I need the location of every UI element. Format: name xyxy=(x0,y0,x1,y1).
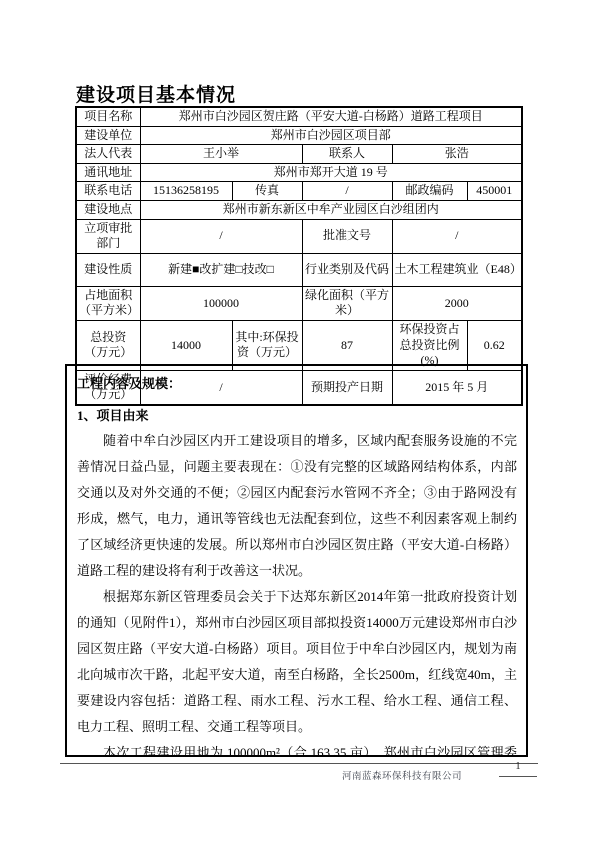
field-value: 王小举 xyxy=(140,145,302,164)
row-investment: 总投资（万元） 14000 其中:环保投资（万元） 87 环保投资占总投资比例(… xyxy=(76,320,522,370)
field-label: 绿化面积（平方米） xyxy=(302,286,392,320)
field-label: 邮政编码 xyxy=(392,182,467,201)
field-value: 张浩 xyxy=(392,145,522,164)
footer-company: 河南蓝森环保科技有限公司 xyxy=(342,772,462,782)
page-number: 1 xyxy=(499,761,537,777)
row-project-name: 项目名称 郑州市白沙园区贺庄路（平安大道-白杨路）道路工程项目 xyxy=(76,107,522,126)
body-paragraph: 本次工程建设用地为 100000m²（合 163.35 亩），郑州市白沙园区管理… xyxy=(77,740,517,757)
page-title: 建设项目基本情况 xyxy=(76,80,236,107)
section-title: 工程内容及规模： xyxy=(77,373,517,392)
field-value: 土木工程建筑业（E48） xyxy=(392,253,522,286)
field-value: / xyxy=(392,219,522,253)
field-value: 100000 xyxy=(140,286,302,320)
project-info-table: 项目名称 郑州市白沙园区贺庄路（平安大道-白杨路）道路工程项目 建设单位 郑州市… xyxy=(75,106,523,406)
sub-heading: 1、项目由来 xyxy=(77,405,517,424)
field-label: 总投资（万元） xyxy=(76,320,140,370)
field-value: 0.62 xyxy=(467,320,522,370)
field-label: 立项审批部门 xyxy=(76,219,140,253)
field-label: 其中:环保投资（万元） xyxy=(232,320,302,370)
field-label: 联系电话 xyxy=(76,182,140,201)
field-value-checkboxes: 新建■改扩建□技改□ xyxy=(140,253,302,286)
footer: 河南蓝森环保科技有限公司 xyxy=(60,763,538,782)
field-label: 建设性质 xyxy=(76,253,140,286)
row-construction-unit: 建设单位 郑州市白沙园区项目部 xyxy=(76,126,522,145)
field-label: 联系人 xyxy=(302,145,392,164)
row-location: 建设地点 郑州市新东新区中牟产业园区白沙组团内 xyxy=(76,200,522,219)
row-legal-rep: 法人代表 王小举 联系人 张浩 xyxy=(76,145,522,164)
row-phone: 联系电话 15136258195 传真 / 邮政编码 450001 xyxy=(76,182,522,201)
field-label: 环保投资占总投资比例(%) xyxy=(392,320,467,370)
field-value: 14000 xyxy=(140,320,232,370)
document-page: 建设项目基本情况 项目名称 郑州市白沙园区贺庄路（平安大道-白杨路）道路工程项目… xyxy=(0,0,595,841)
field-label: 法人代表 xyxy=(76,145,140,164)
field-label: 占地面积（平方米） xyxy=(76,286,140,320)
row-approval: 立项审批部门 / 批准文号 / xyxy=(76,219,522,253)
row-nature: 建设性质 新建■改扩建□技改□ 行业类别及代码 土木工程建筑业（E48） xyxy=(76,253,522,286)
field-label: 批准文号 xyxy=(302,219,392,253)
field-value: 450001 xyxy=(467,182,522,201)
field-value: 郑州市新东新区中牟产业园区白沙组团内 xyxy=(140,200,522,219)
field-label: 通讯地址 xyxy=(76,163,140,182)
field-label: 建设单位 xyxy=(76,126,140,145)
field-value: 15136258195 xyxy=(140,182,232,201)
field-value: 郑州市白沙园区项目部 xyxy=(140,126,522,145)
field-value: 郑州市郑开大道 19 号 xyxy=(140,163,522,182)
field-value: 2000 xyxy=(392,286,522,320)
field-label: 行业类别及代码 xyxy=(302,253,392,286)
field-value: 87 xyxy=(302,320,392,370)
field-value: / xyxy=(302,182,392,201)
field-label: 传真 xyxy=(232,182,302,201)
field-value: / xyxy=(140,219,302,253)
field-label: 建设地点 xyxy=(76,200,140,219)
row-address: 通讯地址 郑州市郑开大道 19 号 xyxy=(76,163,522,182)
body-paragraph: 根据郑东新区管理委员会关于下达郑东新区2014年第一批政府投资计划的通知（见附件… xyxy=(77,584,517,740)
row-area: 占地面积（平方米） 100000 绿化面积（平方米） 2000 xyxy=(76,286,522,320)
field-label: 项目名称 xyxy=(76,107,140,126)
body-paragraph: 随着中牟白沙园区内开工建设项目的增多，区域内配套服务设施的不完善情况日益凸显，问… xyxy=(77,428,517,584)
field-value: 郑州市白沙园区贺庄路（平安大道-白杨路）道路工程项目 xyxy=(140,107,522,126)
project-content-section: 工程内容及规模： 1、项目由来 随着中牟白沙园区内开工建设项目的增多，区域内配套… xyxy=(65,364,528,757)
